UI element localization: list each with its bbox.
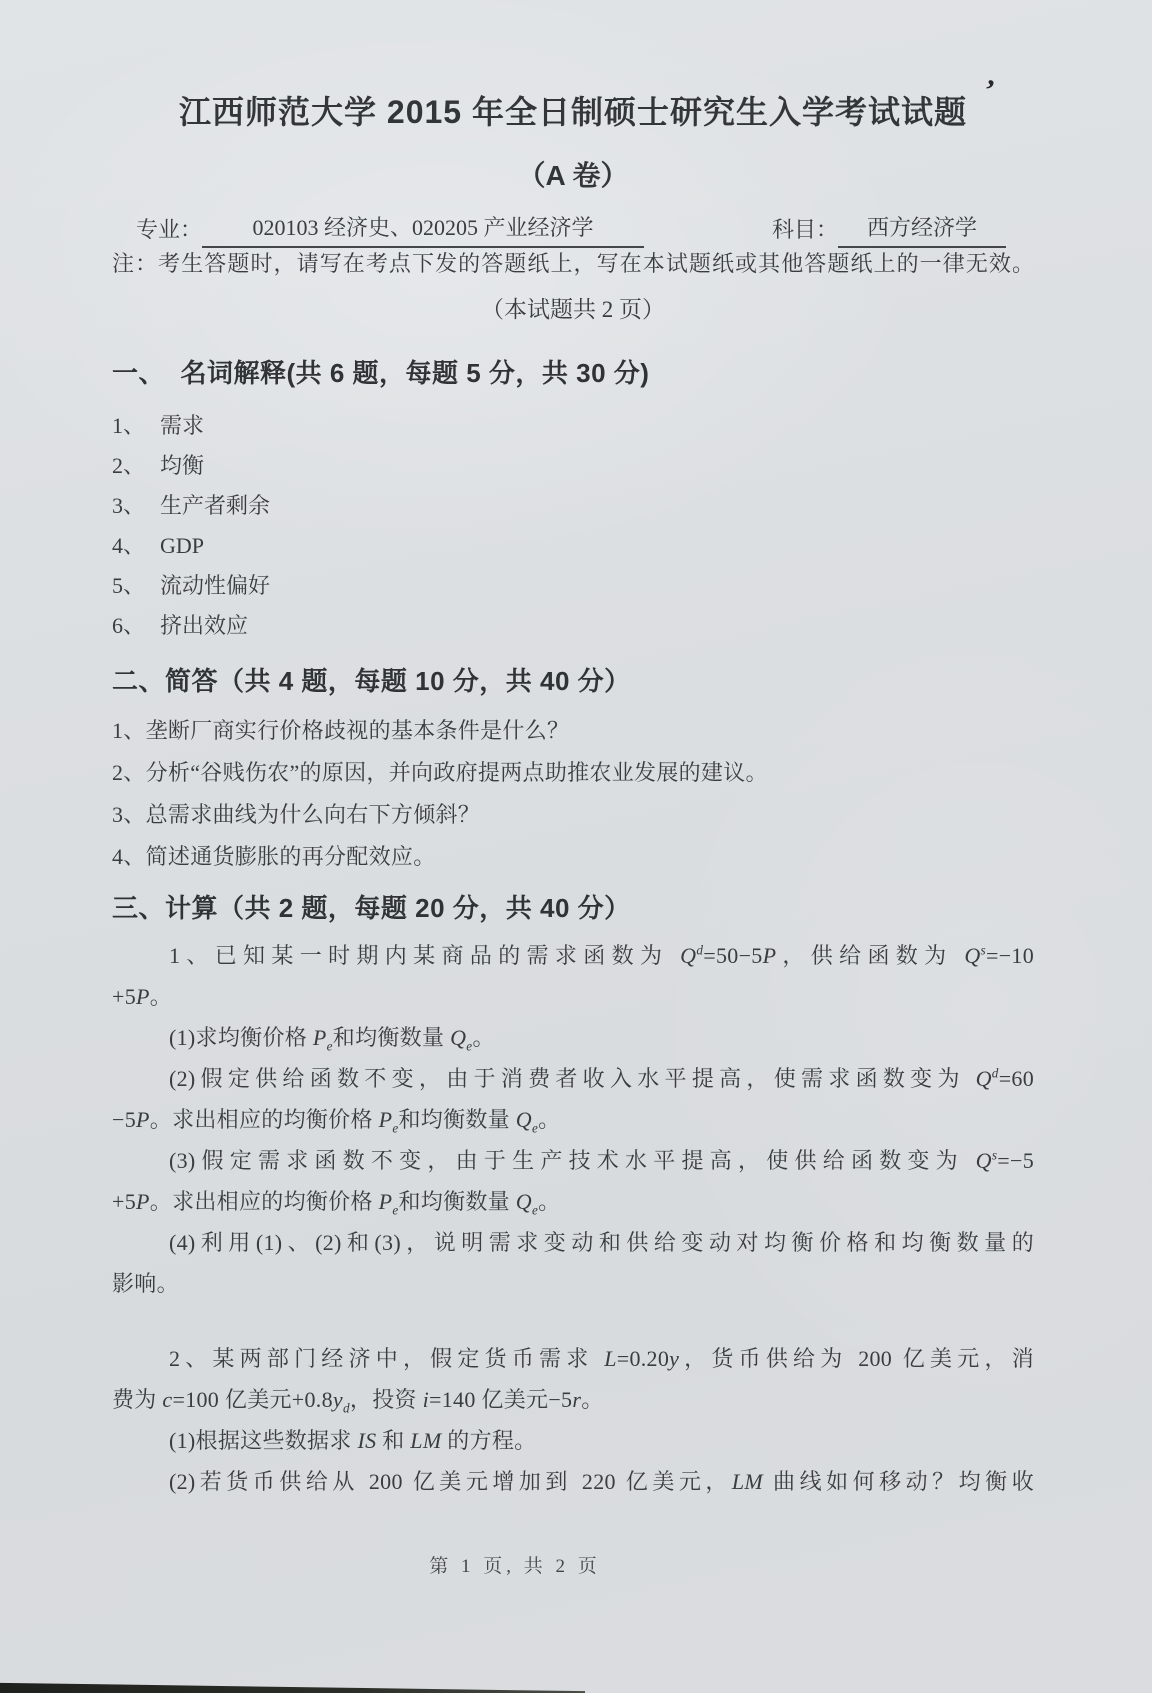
exam-note: 注：考生答题时，请写在考点下发的答题纸上，写在本试题纸或其他答题纸上的一律无效。 (112, 248, 1034, 280)
calc-line: 2、某两部门经济中，假定货币需求 L=0.20y，货币供给为 200 亿美元，消 (112, 1338, 1034, 1379)
subject-value: 西方经济学 (838, 210, 1006, 248)
calc-line: −5P。求出相应的均衡价格 Pe和均衡数量 Qe。 (112, 1099, 1034, 1140)
paper-version: （A 卷） (112, 156, 1034, 196)
calc-line: 影响。 (112, 1263, 1034, 1304)
term-list: 1、 需求 2、 均衡 3、 生产者剩余 4、 GDP 5、 流动性偏好 6、 … (112, 406, 1034, 646)
scan-edge-artifact (0, 1680, 585, 1693)
term-number: 3、 (112, 486, 160, 526)
term-number: 2、 (112, 446, 160, 486)
section2-heading: 二、简答（共 4 题，每题 10 分，共 40 分） (112, 662, 1034, 700)
term-item: 2、 均衡 (112, 446, 1034, 486)
term-item: 4、 GDP (112, 526, 1034, 566)
page-title: 江西师范大学 2015 年全日制硕士研究生入学考试试题 (112, 92, 1034, 132)
calc-line: 费为 c=100 亿美元+0.8yd，投资 i=140 亿美元−5r。 (112, 1379, 1034, 1420)
short-answer-item: 4、简述通货膨胀的再分配效应。 (112, 836, 1034, 878)
term-text: 流动性偏好 (160, 566, 1034, 606)
section3-heading: 三、计算（共 2 题，每题 20 分，共 40 分） (112, 889, 1034, 927)
term-number: 4、 (112, 526, 160, 566)
calc-line: (2)假定供给函数不变，由于消费者收入水平提高，使需求函数变为 Qd=60 (112, 1058, 1034, 1099)
page-footer: 第 1 页, 共 2 页 (0, 1554, 1030, 1580)
term-text: 挤出效应 (160, 606, 1034, 646)
major-value: 020103 经济史、020205 产业经济学 (202, 210, 644, 248)
term-number: 1、 (112, 406, 160, 446)
calc-line: (4)利用(1)、(2)和(3)，说明需求变动和供给变动对均衡价格和均衡数量的 (112, 1222, 1034, 1263)
calc-line: (2)若货币供给从 200 亿美元增加到 220 亿美元，LM 曲线如何移动？均… (112, 1461, 1034, 1502)
page-content: 江西师范大学 2015 年全日制硕士研究生入学考试试题 （A 卷） 专业： 02… (0, 0, 1152, 1502)
term-text: 需求 (160, 406, 1034, 446)
term-item: 5、 流动性偏好 (112, 566, 1034, 606)
term-number: 6、 (112, 606, 160, 646)
term-number: 5、 (112, 566, 160, 606)
exam-paper-page: 江西师范大学 2015 年全日制硕士研究生入学考试试题 （A 卷） 专业： 02… (0, 0, 1152, 1693)
calc-line: +5P。求出相应的均衡价格 Pe和均衡数量 Qe。 (112, 1181, 1034, 1222)
calc-line: (1)求均衡价格 Pe和均衡数量 Qe。 (112, 1017, 1034, 1058)
calc-line: 1、已知某一时期内某商品的需求函数为 Qd=50−5P，供给函数为 Qs=−10 (112, 935, 1034, 976)
subject-label: 科目： (772, 212, 838, 248)
short-answer-item: 2、分析“谷贱伤农”的原因，并向政府提两点助推农业发展的建议。 (112, 752, 1034, 794)
calc-line: (1)根据这些数据求 IS 和 LM 的方程。 (112, 1420, 1034, 1461)
page-count-note: （本试题共 2 页） (112, 294, 1034, 326)
term-text: 均衡 (160, 446, 1034, 486)
major-label: 专业： (136, 212, 202, 248)
meta-line: 专业： 020103 经济史、020205 产业经济学 科目： 西方经济学 (112, 210, 1034, 248)
short-answer-list: 1、垄断厂商实行价格歧视的基本条件是什么？ 2、分析“谷贱伤农”的原因，并向政府… (112, 710, 1034, 878)
term-item: 3、 生产者剩余 (112, 486, 1034, 526)
short-answer-item: 1、垄断厂商实行价格歧视的基本条件是什么？ (112, 710, 1034, 752)
calc-line: (3)假定需求函数不变，由于生产技术水平提高，使供给函数变为 Qs=−5 (112, 1140, 1034, 1181)
calc-line: +5P。 (112, 976, 1034, 1017)
term-text: 生产者剩余 (160, 486, 1034, 526)
calculation-block: 1、已知某一时期内某商品的需求函数为 Qd=50−5P，供给函数为 Qs=−10… (112, 935, 1034, 1502)
short-answer-item: 3、总需求曲线为什么向右下方倾斜？ (112, 794, 1034, 836)
section1-heading: 一、 名词解释(共 6 题，每题 5 分，共 30 分) (112, 354, 1034, 392)
term-item: 1、 需求 (112, 406, 1034, 446)
term-text: GDP (160, 526, 1034, 566)
term-item: 6、 挤出效应 (112, 606, 1034, 646)
